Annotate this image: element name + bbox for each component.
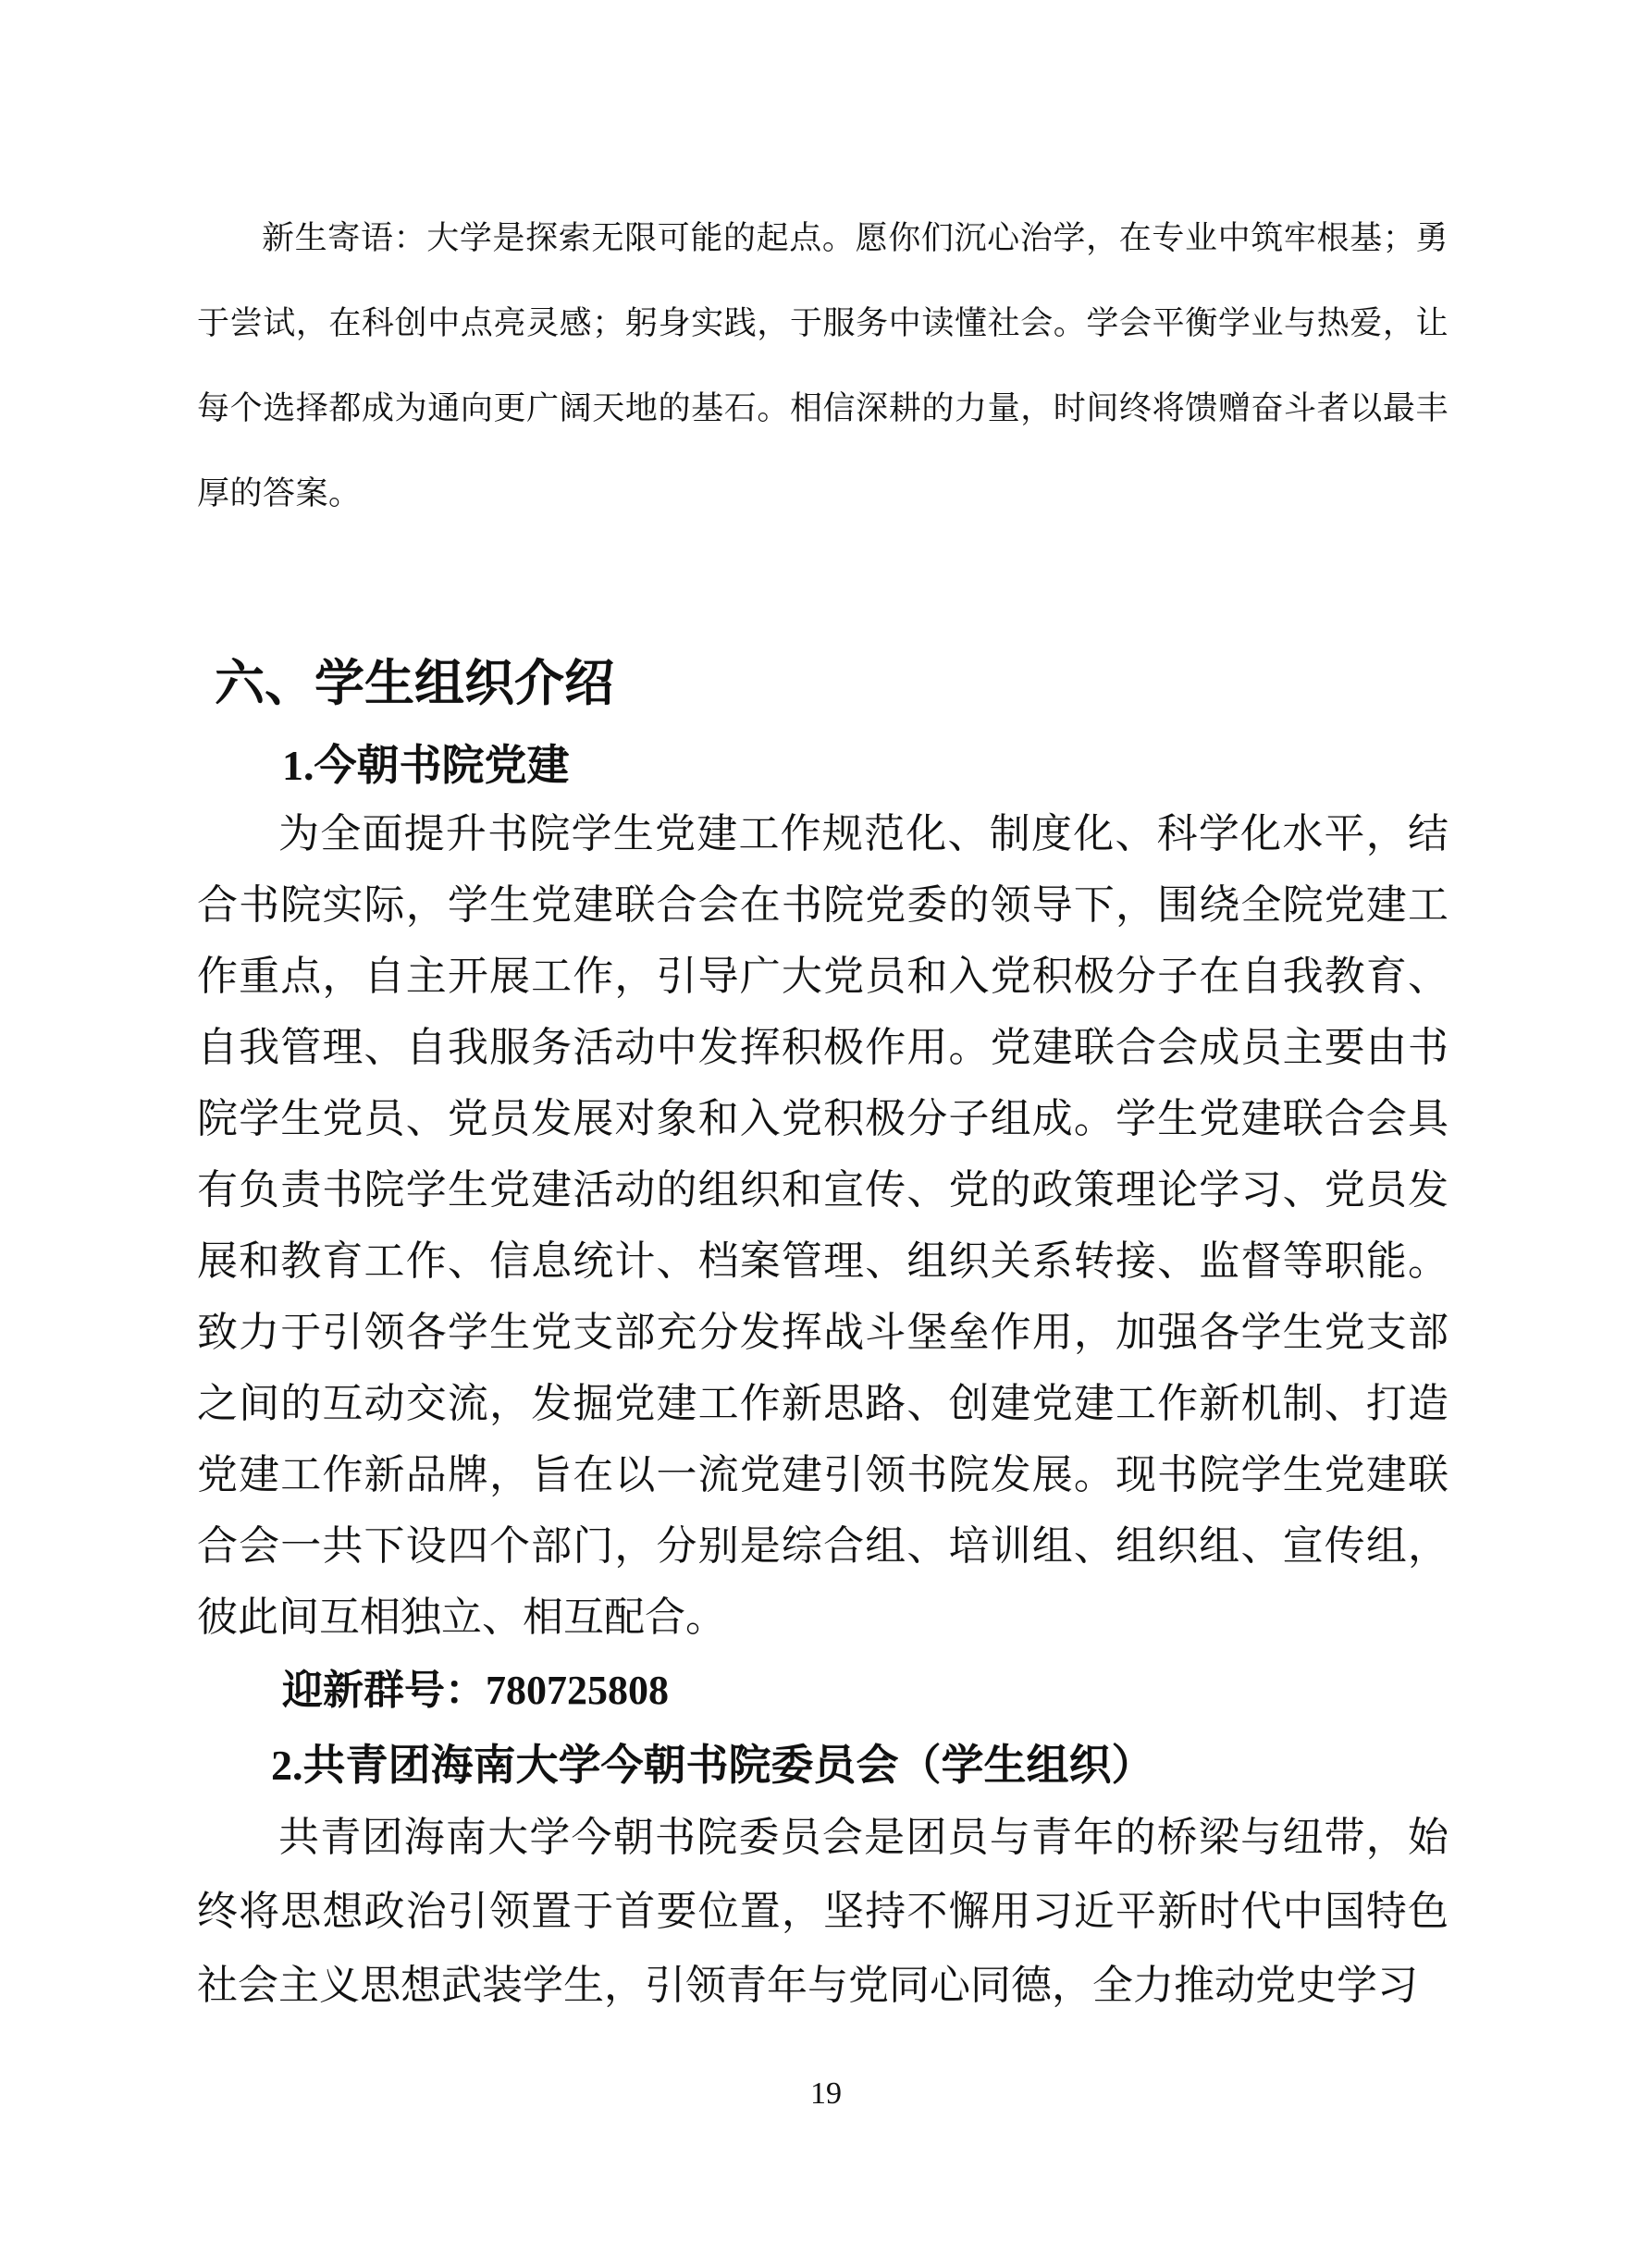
subsection-2-heading: 2.共青团海南大学今朝书院委员会（学生组织） xyxy=(271,1730,1449,1801)
intro-paragraph: 新生寄语：大学是探索无限可能的起点。愿你们沉心治学，在专业中筑牢根基；勇于尝试，… xyxy=(197,196,1449,536)
page-content: 新生寄语：大学是探索无限可能的起点。愿你们沉心治学，在专业中筑牢根基；勇于尝试，… xyxy=(0,196,1652,2023)
welcome-group-number: 780725808 xyxy=(486,1668,669,1713)
subsection-1-heading: 1.今朝书院党建 xyxy=(282,733,1449,798)
welcome-group-label: 迎新群号： xyxy=(282,1668,486,1713)
page-number: 19 xyxy=(0,2076,1652,2113)
document-page: 新生寄语：大学是探索无限可能的起点。愿你们沉心治学，在专业中筑牢根基；勇于尝试，… xyxy=(0,0,1652,2242)
subsection-1-body: 为全面提升书院学生党建工作规范化、制度化、科学化水平，结合书院实际，学生党建联合… xyxy=(197,798,1449,1653)
welcome-group-line: 迎新群号：780725808 xyxy=(282,1655,1449,1726)
section-title: 六、学生组织介绍 xyxy=(215,648,1449,719)
subsection-2-body: 共青团海南大学今朝书院委员会是团员与青年的桥梁与纽带，始终将思想政治引领置于首要… xyxy=(197,1801,1449,2023)
